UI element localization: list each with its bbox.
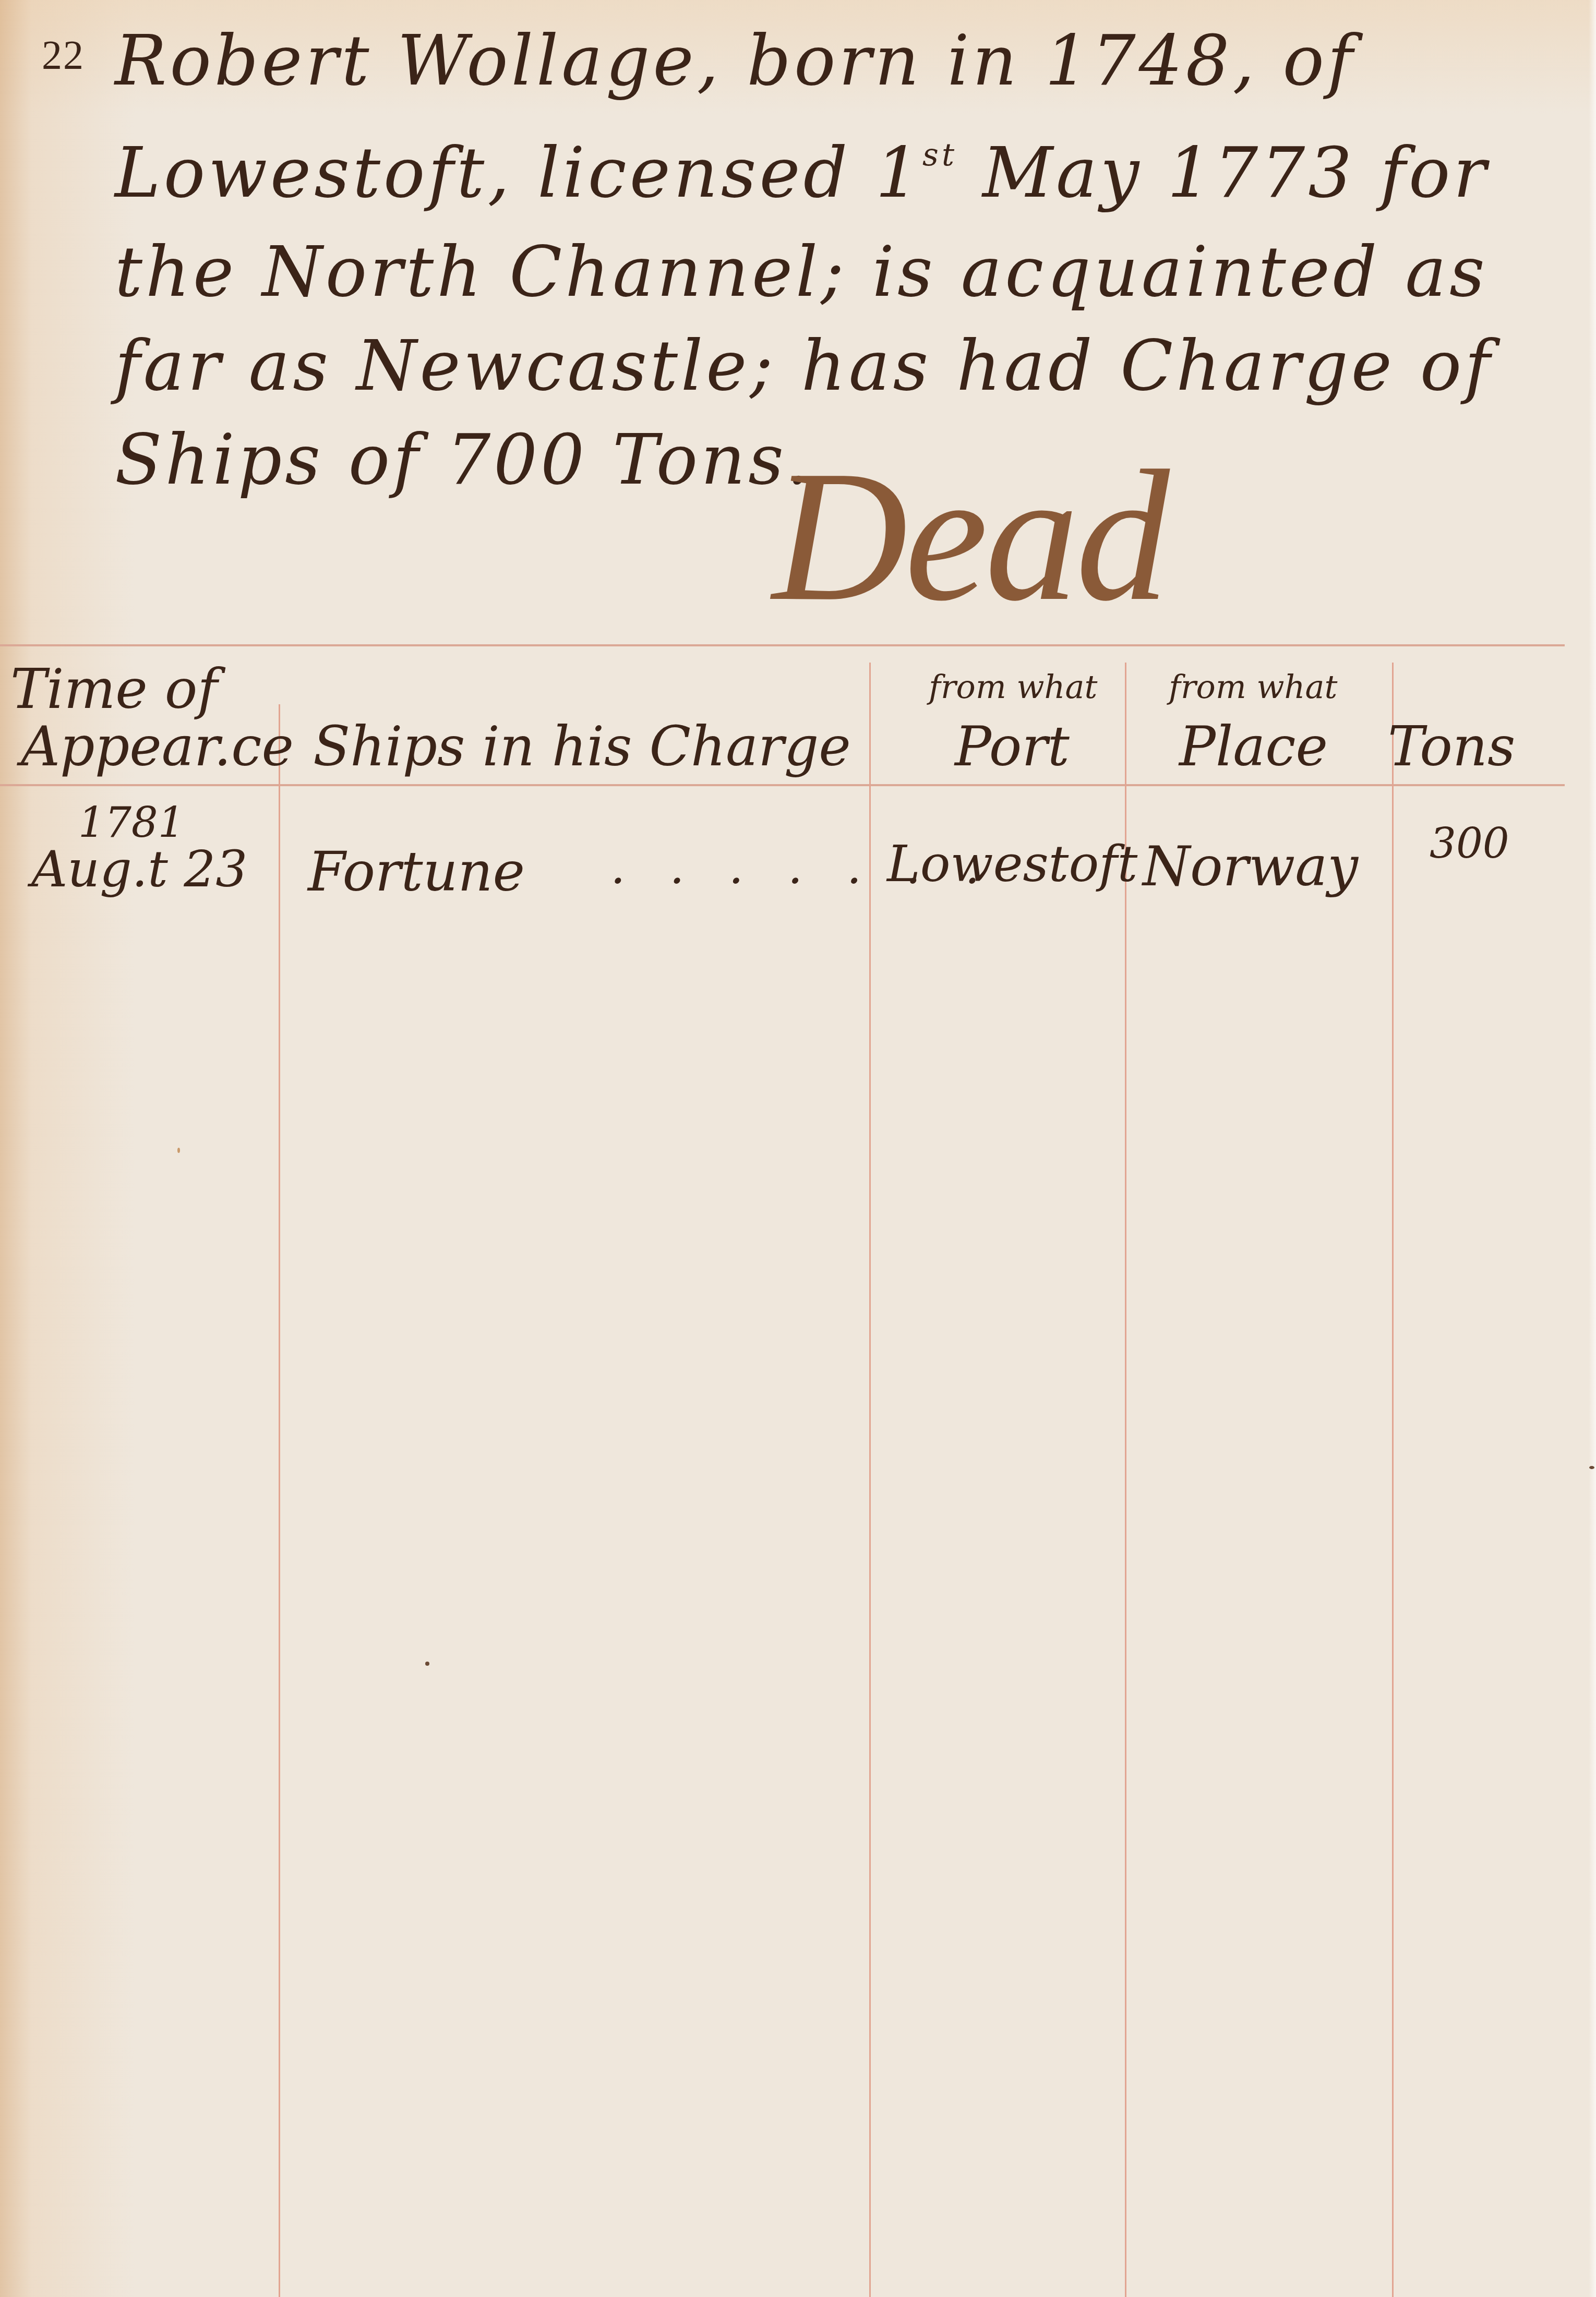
ledger-page: 22 Robert Wollage, born in 1748, of Lowe… [0, 0, 1596, 2297]
entry-line-2-text: Lowestoft, licensed 1 [115, 133, 922, 213]
table-header-bottom-rule [0, 784, 1565, 786]
page-edge [1589, 0, 1596, 2297]
paper-speck [425, 1662, 429, 1666]
paper-speck [1589, 1466, 1594, 1469]
header-tons: Tons [1388, 715, 1515, 778]
cell-port: Lowestoft [887, 835, 1137, 893]
header-appearance: Appear.ce [21, 715, 294, 778]
cell-date: Aug.t 23 [31, 840, 247, 898]
entry-number: 22 [42, 31, 85, 78]
cell-ship-name: Fortune [308, 840, 525, 904]
column-divider-3 [1125, 663, 1126, 2297]
entry-line-2-tail: May 1773 for [957, 133, 1490, 213]
column-divider-1 [279, 704, 280, 2297]
cell-tons: 300 [1430, 819, 1509, 868]
header-time-of: Time of [10, 657, 218, 721]
cell-place: Norway [1143, 835, 1358, 898]
entry-line-2: Lowestoft, licensed 1st May 1773 for [115, 133, 1490, 213]
entry-line-3: the North Channel; is acquainted as [115, 232, 1488, 312]
status-dead-annotation: Dead [772, 428, 1167, 644]
header-from-what-place-top: from what [1169, 668, 1337, 706]
entry-line-1: Robert Wollage, born in 1748, of [115, 21, 1356, 101]
header-ships-in-charge: Ships in his Charge [313, 715, 851, 778]
header-from-what-port-top: from what [929, 668, 1097, 706]
paper-speck [177, 1148, 180, 1153]
entry-line-4: far as Newcastle; has had Charge of [115, 326, 1493, 406]
column-divider-4 [1392, 663, 1394, 2297]
table-header-top-rule [0, 644, 1565, 646]
column-divider-2 [869, 663, 871, 2297]
header-port: Port [955, 715, 1070, 778]
header-place: Place [1179, 715, 1328, 778]
ordinal-suffix: st [922, 137, 957, 173]
entry-line-5: Ships of 700 Tons. [115, 420, 812, 500]
